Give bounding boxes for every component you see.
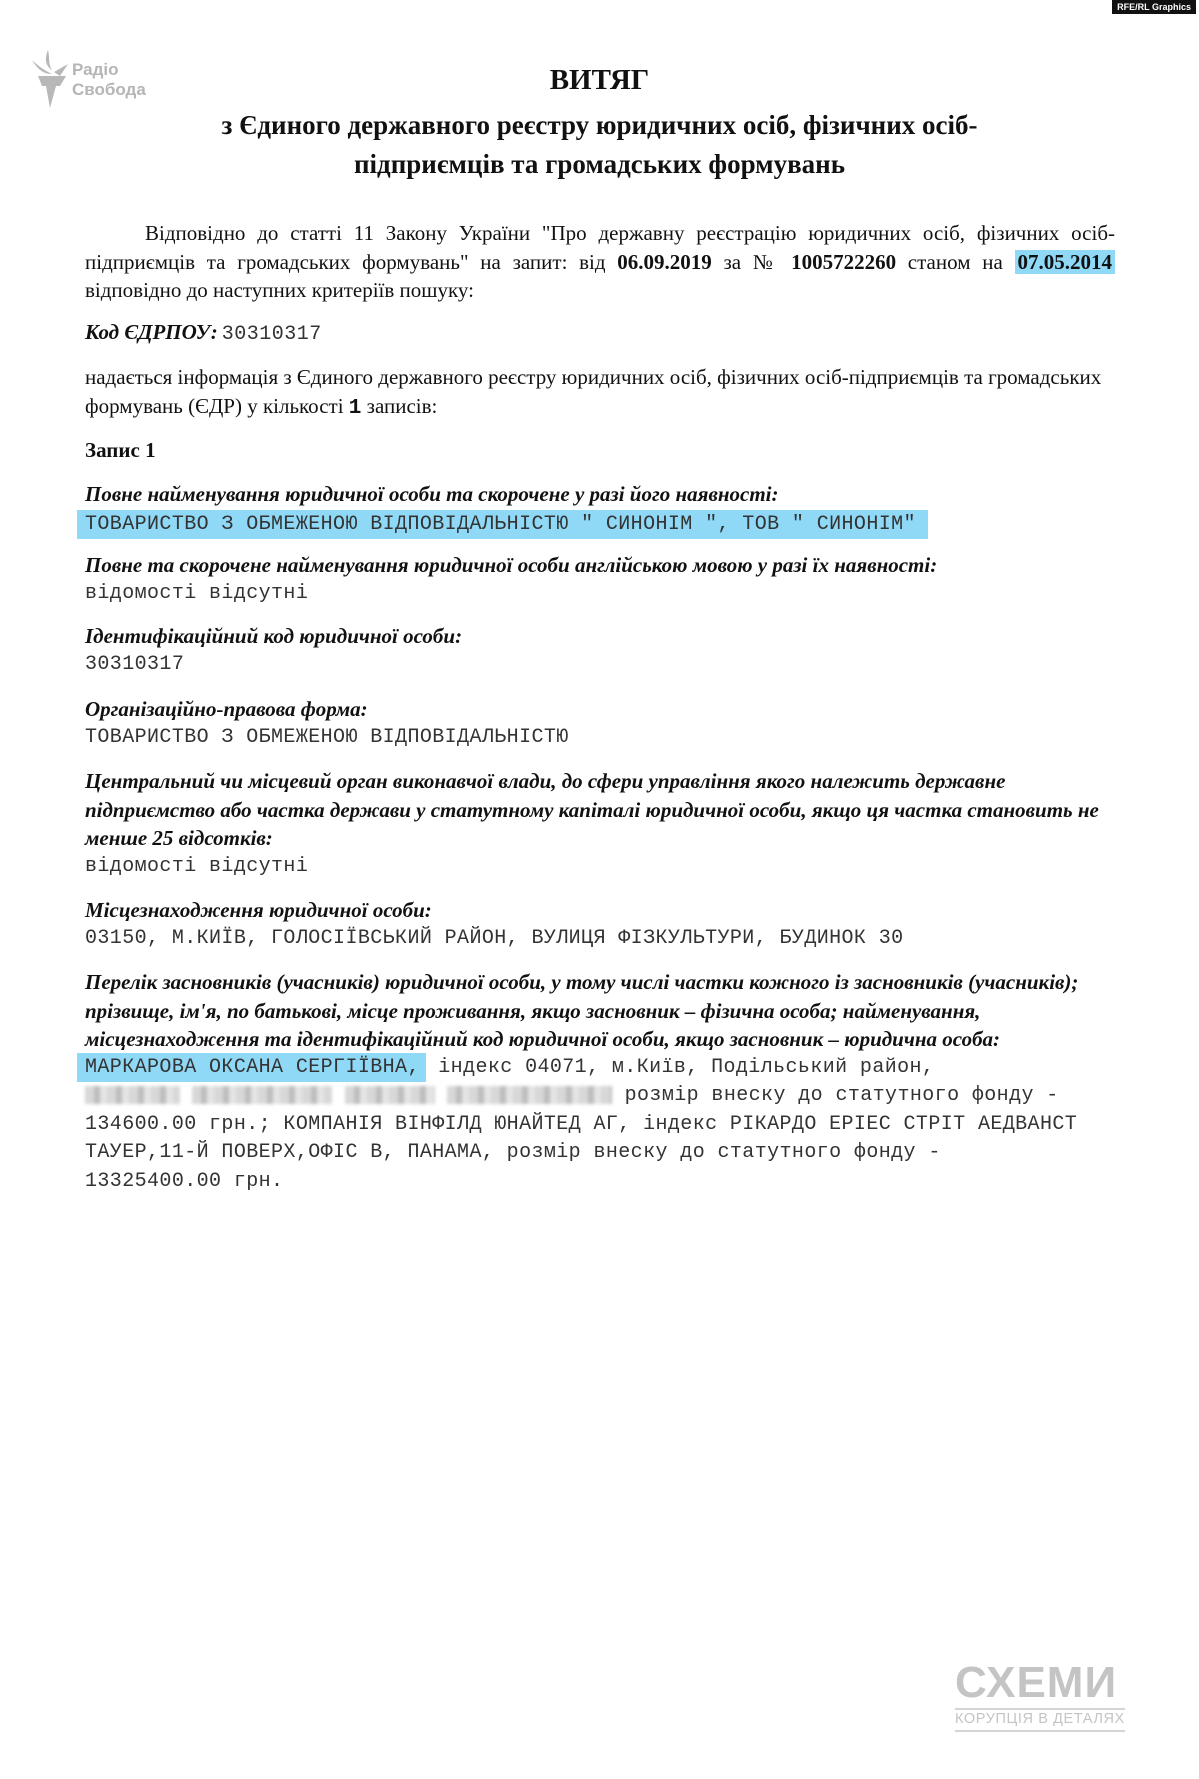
field-label: Місцезнаходження юридичної особи: [85,896,1125,925]
document-title: ВИТЯГ [0,64,1199,97]
intro-text: за № [712,250,791,274]
field-value: відомості відсутні [85,580,1125,609]
schemy-logo: СХЕМИ КОРУПЦІЯ В ДЕТАЛЯХ [955,1661,1125,1732]
intro-text: відповідно до наступних критеріїв пошуку… [85,278,474,302]
intro-text: станом на [896,250,1014,274]
summary-paragraph: надається інформація з Єдиного державног… [85,363,1115,423]
field-label: Організаційно-правова форма: [85,695,1125,724]
criteria-value: 30310317 [222,323,322,346]
field-label: Центральний чи місцевий орган виконавчої… [85,767,1115,853]
field-authority: Центральний чи місцевий орган виконавчої… [85,767,1115,881]
document-subtitle: з Єдиного державного реєстру юридичних о… [0,106,1199,184]
field-label: Ідентифікаційний код юридичної особи: [85,622,1125,651]
field-value: 03150, М.КИЇВ, ГОЛОСІЇВСЬКИЙ РАЙОН, ВУЛИ… [85,925,1125,954]
founder-address: індекс 04071, м.Київ, Подільський район, [426,1056,934,1079]
field-value: ТОВАРИСТВО З ОБМЕЖЕНОЮ ВІДПОВІДАЛЬНІСТЮ [85,724,1125,753]
criteria-label: Код ЄДРПОУ: [85,320,218,344]
record-title-text: Запис 1 [85,438,156,462]
field-value: 30310317 [85,651,1125,680]
summary-text: надається інформація з Єдиного державног… [85,365,1101,418]
record-title: Запис 1 [85,438,1115,463]
field-label: Повне та скорочене найменування юридично… [85,551,1125,580]
redacted-street-name [192,1086,332,1104]
company-name-value: ТОВАРИСТВО З ОБМЕЖЕНОЮ ВІДПОВІДАЛЬНІСТЮ … [77,510,928,539]
subtitle-line-1: з Єдиного державного реєстру юридичних о… [0,106,1199,145]
redacted-apartment [447,1086,612,1104]
field-value: відомості відсутні [85,853,1115,882]
as-of-date: 07.05.2014 [1015,250,1116,274]
redacted-building [345,1086,435,1104]
field-full-name: Повне найменування юридичної особи та ск… [85,480,1125,539]
intro-paragraph: Відповідно до статті 11 Закону України "… [85,219,1115,305]
field-location: Місцезнаходження юридичної особи: 03150,… [85,896,1125,953]
field-label: Повне найменування юридичної особи та ск… [85,480,1125,509]
redacted-street [85,1086,180,1104]
summary-text: записів: [361,394,437,418]
subtitle-line-2: підприємців та громадських формувань [0,145,1199,184]
request-date: 06.09.2019 [617,250,712,274]
search-criteria: Код ЄДРПОУ: 30310317 [85,318,1115,347]
rferl-graphics-credit: RFE/RL Graphics [1112,0,1196,14]
field-english-name: Повне та скорочене найменування юридично… [85,551,1125,608]
schemy-logo-tagline: КОРУПЦІЯ В ДЕТАЛЯХ [955,1710,1125,1728]
field-founders: Перелік засновників (учасників) юридично… [85,968,1115,1196]
field-legal-form: Організаційно-правова форма: ТОВАРИСТВО … [85,695,1125,752]
founder-name-highlight: МАРКАРОВА ОКСАНА СЕРГІЇВНА, [77,1053,426,1082]
request-number: 1005722260 [791,250,896,274]
record-count: 1 [349,397,362,420]
schemy-logo-name: СХЕМИ [955,1661,1125,1705]
field-label: Перелік засновників (учасників) юридично… [85,968,1115,1054]
field-id-code: Ідентифікаційний код юридичної особи: 30… [85,622,1125,679]
